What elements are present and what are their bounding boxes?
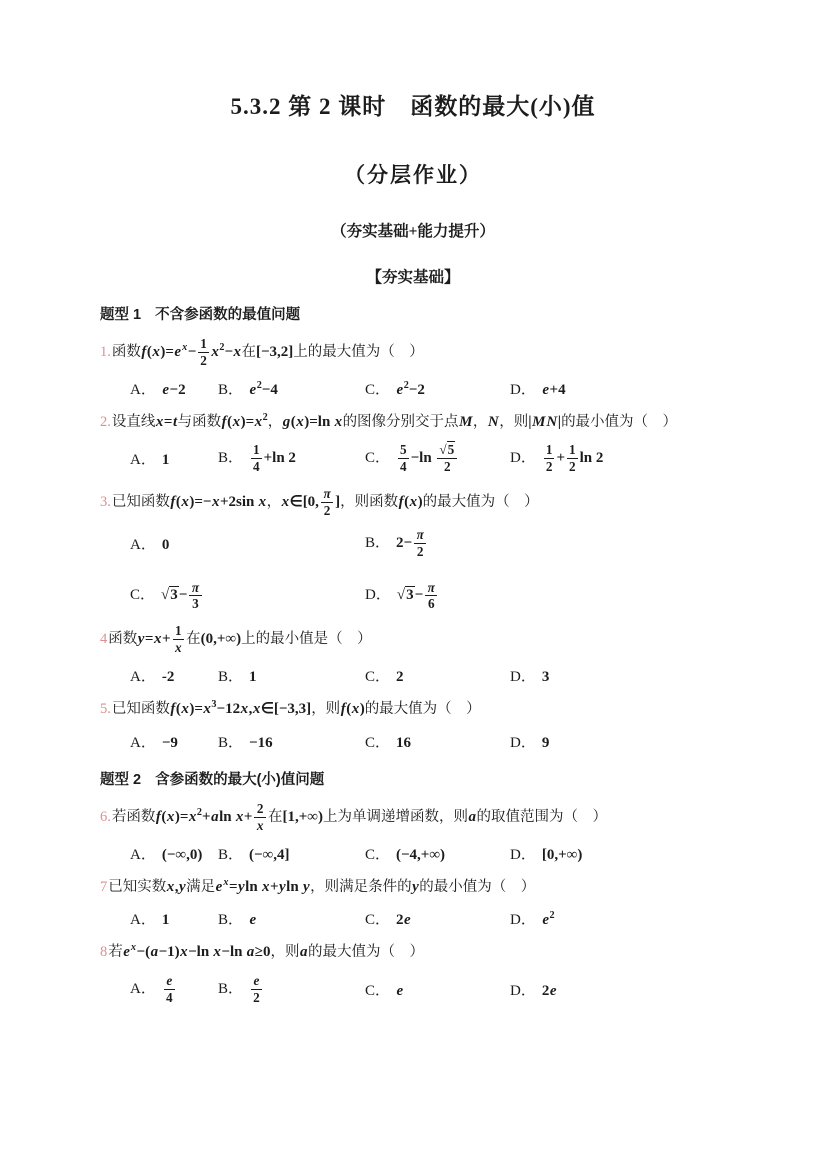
option: B．14+ln 2 <box>218 443 365 474</box>
option: B．−16 <box>218 731 365 752</box>
option: B．e <box>218 908 365 929</box>
sqrt-radical: √5 <box>439 441 455 457</box>
question-stem: 8若ex−(a−1)x−ln x−ln a≥0，则a的最大值为（ ） <box>100 942 736 964</box>
stem-text: ，则 <box>270 944 299 960</box>
option: C．(−4,+∞) <box>365 843 510 864</box>
stem-text: 若 <box>108 944 123 960</box>
section-header-basics: 【夯实基础】 <box>0 265 826 287</box>
options-row: A．−9B．−16C．16D．9 <box>130 731 736 752</box>
math-expression: f(x)=x2+aln x+2x <box>155 809 268 825</box>
question-stem: 5.已知函数f(x)=x3−12x,x∈[−3,3]，则f(x)的最大值为（ ） <box>100 699 736 721</box>
option-label: C． <box>365 735 390 751</box>
options-row: A．e4B．e2C．eD．2e <box>130 974 736 1005</box>
question-stem: 3.已知函数f(x)=−x+2sin x，x∈[0,π2]，则函数f(x)的最大… <box>100 487 736 518</box>
option: C．e <box>365 979 510 1000</box>
stem-text: 的最小值为（ ） <box>419 879 535 895</box>
option-value: e4 <box>162 981 177 997</box>
option-value: 9 <box>542 735 550 751</box>
option-label: B． <box>218 450 243 466</box>
option: B．1 <box>218 665 365 686</box>
question-stem: 1.函数f(x)=ex−12x2−x在[−3,2]上的最大值为（ ） <box>100 337 736 368</box>
question: 5.已知函数f(x)=x3−12x,x∈[−3,3]，则f(x)的最大值为（ ）… <box>100 699 736 752</box>
math-expression: x∈[0,π2] <box>281 494 340 510</box>
option-value: 12+12ln 2 <box>542 450 604 466</box>
worksheet-page: 5.3.2 第 2 课时 函数的最大(小)值 （分层作业） （夯实基础+能力提升… <box>0 0 826 1169</box>
option-label: D． <box>365 587 391 603</box>
fraction: 2x <box>254 802 266 833</box>
math-expression: f(x)=x3−12x,x∈[−3,3] <box>170 701 311 717</box>
option-label: D． <box>510 983 536 999</box>
math-expression: (0,+∞) <box>201 631 241 647</box>
stem-text: ，则 <box>499 414 528 430</box>
option-label: C． <box>365 669 390 685</box>
stem-text: 上为单调递增函数，则 <box>323 809 468 825</box>
option-value: 0 <box>162 537 170 553</box>
option-value: √3−π3 <box>161 587 204 603</box>
option-value: -2 <box>162 669 175 685</box>
option-label: A． <box>130 669 156 685</box>
math-expression: [1,+∞) <box>283 809 323 825</box>
sqrt-radical: √3 <box>161 586 179 603</box>
question-number: 7 <box>100 879 107 895</box>
option-value: −9 <box>162 735 178 751</box>
option-label: D． <box>510 450 536 466</box>
option-value: e2−4 <box>249 382 278 398</box>
math-expression: f(x)=−x+2sin x <box>170 494 267 510</box>
option-value: [0,+∞) <box>542 847 582 863</box>
option-label: D． <box>510 847 536 863</box>
math-expression: y=x+1x <box>137 631 186 647</box>
question-number: 2. <box>100 414 111 430</box>
option: A．0 <box>130 533 365 554</box>
option: C．16 <box>365 731 510 752</box>
stem-text: ，则 <box>311 701 340 717</box>
question-number: 4 <box>100 631 107 647</box>
option-label: A． <box>130 382 156 398</box>
option-label: A． <box>130 735 156 751</box>
stem-text: ，则满足条件的 <box>310 879 412 895</box>
stem-text: 函数 <box>108 631 137 647</box>
option: D．9 <box>510 731 736 752</box>
option-value: 1 <box>162 912 170 928</box>
question: 3.已知函数f(x)=−x+2sin x，x∈[0,π2]，则函数f(x)的最大… <box>100 487 736 611</box>
option: D．√3−π6 <box>365 581 736 612</box>
stem-text: ， <box>268 414 283 430</box>
math-expression: f(x)=ex−12x2−x <box>141 344 242 360</box>
stem-text: 设直线 <box>112 414 156 430</box>
option-label: B． <box>218 981 243 997</box>
page-title: 5.3.2 第 2 课时 函数的最大(小)值 <box>0 88 826 121</box>
option-value: −16 <box>249 735 273 751</box>
option-label: B． <box>218 669 243 685</box>
stem-text: 已知函数 <box>112 701 170 717</box>
question-stem: 6.若函数f(x)=x2+aln x+2x在[1,+∞)上为单调递增函数，则a的… <box>100 802 736 833</box>
option-label: C． <box>130 587 155 603</box>
math-expression: [−3,2] <box>256 344 293 360</box>
option: D．12+12ln 2 <box>510 443 736 474</box>
option: D．e2 <box>510 908 736 929</box>
option-label: B． <box>218 912 243 928</box>
fraction: 1x <box>173 624 185 655</box>
stem-text: 满足 <box>186 879 215 895</box>
option-value: 14+ln 2 <box>249 450 296 466</box>
fraction: 54 <box>398 443 409 474</box>
math-expression: x,y <box>166 879 186 895</box>
stem-text: ， <box>267 494 282 510</box>
question: 4函数y=x+1x在(0,+∞)上的最小值是（ ）A．-2B．1C．2D．3 <box>100 624 736 686</box>
fraction: e2 <box>251 974 262 1005</box>
option: A．e4 <box>130 974 218 1005</box>
topic-label: 题型 2 <box>100 772 141 788</box>
stem-text: 若函数 <box>112 809 156 825</box>
fraction: e4 <box>164 974 175 1005</box>
option: B．e2 <box>218 974 365 1005</box>
option-value: e2−2 <box>396 382 425 398</box>
option-value: (−∞,0) <box>162 847 202 863</box>
math-expression: g(x)=ln x <box>282 414 342 430</box>
question-number: 1. <box>100 344 111 360</box>
stem-text: 上的最大值为（ ） <box>293 344 424 360</box>
question: 2.设直线x=t与函数f(x)=x2，g(x)=ln x的图像分别交于点M，N，… <box>100 412 736 474</box>
option-label: D． <box>510 912 536 928</box>
stem-text: 在 <box>186 631 201 647</box>
options-row: A．0B．2−π2C．√3−π3D．√3−π6 <box>130 528 736 611</box>
option-value: (−∞,4] <box>249 847 289 863</box>
option: A．(−∞,0) <box>130 843 218 864</box>
fraction: 12 <box>544 443 555 474</box>
topic-heading: 题型 2含参函数的最大(小)值问题 <box>100 768 736 789</box>
question: 8若ex−(a−1)x−ln x−ln a≥0，则a的最大值为（ ）A．e4B．… <box>100 942 736 1004</box>
option-label: C． <box>365 912 390 928</box>
options-row: A．1B．14+ln 2C．54−ln √52D．12+12ln 2 <box>130 443 736 474</box>
stem-text: 函数 <box>112 344 141 360</box>
stem-text: 已知函数 <box>112 494 170 510</box>
option-label: A． <box>130 452 156 468</box>
stem-text: 的取值范围为（ ） <box>476 809 607 825</box>
question: 1.函数f(x)=ex−12x2−x在[−3,2]上的最大值为（ ）A．e−2B… <box>100 337 736 399</box>
option: C．2 <box>365 665 510 686</box>
page-subtitle-layered: （分层作业） <box>0 159 826 189</box>
fraction: 14 <box>251 443 262 474</box>
question-number: 3. <box>100 494 111 510</box>
question-number: 5. <box>100 701 111 717</box>
option-label: A． <box>130 912 156 928</box>
math-expression: ex−(a−1)x−ln x−ln a≥0 <box>123 944 271 960</box>
stem-text: 的最大值为（ ） <box>423 494 539 510</box>
math-expression: f(x)=x2 <box>221 414 268 430</box>
question-stem: 7已知实数x,y满足ex=yln x+yln y，则满足条件的y的最小值为（ ） <box>100 877 736 899</box>
option-label: B． <box>218 382 243 398</box>
option-value: e+4 <box>542 382 566 398</box>
option: B．(−∞,4] <box>218 843 365 864</box>
option-label: A． <box>130 847 156 863</box>
stem-text: 上的最小值是（ ） <box>241 631 372 647</box>
stem-text: 在 <box>268 809 283 825</box>
topic-heading: 题型 1不含参函数的最值问题 <box>100 303 736 324</box>
math-expression: x=t <box>155 414 177 430</box>
math-expression: ex=yln x+yln y <box>215 879 310 895</box>
option-label: C． <box>365 983 390 999</box>
fraction: 12 <box>198 337 209 368</box>
option-label: B． <box>218 847 243 863</box>
fraction: √52 <box>437 443 457 474</box>
options-row: A．(−∞,0)B．(−∞,4]C．(−4,+∞)D．[0,+∞) <box>130 843 736 864</box>
option-value: e <box>249 912 257 928</box>
options-row: A．e−2B．e2−4C．e2−2D．e+4 <box>130 378 736 399</box>
question: 6.若函数f(x)=x2+aln x+2x在[1,+∞)上为单调递增函数，则a的… <box>100 802 736 864</box>
option-value: 2 <box>396 669 404 685</box>
option: A．-2 <box>130 665 218 686</box>
option-value: (−4,+∞) <box>396 847 445 863</box>
option-value: 1 <box>249 669 257 685</box>
option-value: e2 <box>542 912 555 928</box>
option-label: C． <box>365 382 390 398</box>
option-label: D． <box>510 669 536 685</box>
topic-label: 题型 1 <box>100 307 141 323</box>
math-expression: a <box>299 944 308 960</box>
option-value: 1 <box>162 452 170 468</box>
stem-text: 的图像分别交于点 <box>343 414 459 430</box>
option: A．−9 <box>130 731 218 752</box>
question: 7已知实数x,y满足ex=yln x+yln y，则满足条件的y的最小值为（ ）… <box>100 877 736 930</box>
option: D．2e <box>510 979 736 1000</box>
questions-container: 题型 1不含参函数的最值问题1.函数f(x)=ex−12x2−x在[−3,2]上… <box>0 303 826 1005</box>
stem-text: 的最大值为（ ） <box>308 944 424 960</box>
option-label: A． <box>130 981 156 997</box>
page-subtitle-scope: （夯实基础+能力提升） <box>0 219 826 241</box>
stem-text: ，则函数 <box>340 494 398 510</box>
stem-text: 在 <box>242 344 257 360</box>
option-value: e <box>396 983 404 999</box>
option-value: √3−π6 <box>397 587 440 603</box>
topic-title: 不含参函数的最值问题 <box>155 307 300 323</box>
fraction: π3 <box>189 581 201 612</box>
option: A．e−2 <box>130 378 218 399</box>
fraction: 12 <box>567 443 578 474</box>
option-label: C． <box>365 847 390 863</box>
option-value: 2e <box>542 983 557 999</box>
question-stem: 2.设直线x=t与函数f(x)=x2，g(x)=ln x的图像分别交于点M，N，… <box>100 412 736 434</box>
fraction: π2 <box>414 528 426 559</box>
math-expression: N <box>487 414 499 430</box>
math-expression: f(x) <box>398 494 423 510</box>
option: C．2e <box>365 908 510 929</box>
option-label: A． <box>130 537 156 553</box>
option: A．1 <box>130 448 218 469</box>
option: D．3 <box>510 665 736 686</box>
option: C．e2−2 <box>365 378 510 399</box>
math-expression: |MN| <box>528 414 561 430</box>
option-label: D． <box>510 382 536 398</box>
option: B．e2−4 <box>218 378 365 399</box>
option-value: e−2 <box>162 382 186 398</box>
option-value: 2e <box>396 912 411 928</box>
option: B．2−π2 <box>365 528 736 559</box>
option: D．[0,+∞) <box>510 843 736 864</box>
math-expression: M <box>459 414 473 430</box>
option-value: 2−π2 <box>396 535 428 551</box>
sqrt-radical: √3 <box>397 586 415 603</box>
option-label: B． <box>218 735 243 751</box>
option-label: B． <box>365 535 390 551</box>
question-number: 8 <box>100 944 107 960</box>
options-row: A．-2B．1C．2D．3 <box>130 665 736 686</box>
options-row: A．1B．eC．2eD．e2 <box>130 908 736 929</box>
topic-title: 含参函数的最大(小)值问题 <box>155 772 324 788</box>
stem-text: 已知实数 <box>108 879 166 895</box>
stem-text: 的最小值为（ ） <box>561 414 677 430</box>
option-value: 3 <box>542 669 550 685</box>
option: D．e+4 <box>510 378 736 399</box>
question-number: 6. <box>100 809 111 825</box>
option-label: D． <box>510 735 536 751</box>
option: A．1 <box>130 908 218 929</box>
fraction: π2 <box>321 487 333 518</box>
fraction: π6 <box>425 581 437 612</box>
stem-text: 与函数 <box>178 414 222 430</box>
option-value: 54−ln √52 <box>396 450 459 466</box>
option: C．√3−π3 <box>130 581 365 612</box>
question-stem: 4函数y=x+1x在(0,+∞)上的最小值是（ ） <box>100 624 736 655</box>
option-label: C． <box>365 450 390 466</box>
worksheet-header: 5.3.2 第 2 课时 函数的最大(小)值 （分层作业） （夯实基础+能力提升… <box>0 88 826 287</box>
math-expression: f(x) <box>340 701 365 717</box>
stem-text: ， <box>473 414 488 430</box>
option-value: 16 <box>396 735 411 751</box>
option-value: e2 <box>249 981 264 997</box>
stem-text: 的最大值为（ ） <box>365 701 481 717</box>
option: C．54−ln √52 <box>365 443 510 474</box>
